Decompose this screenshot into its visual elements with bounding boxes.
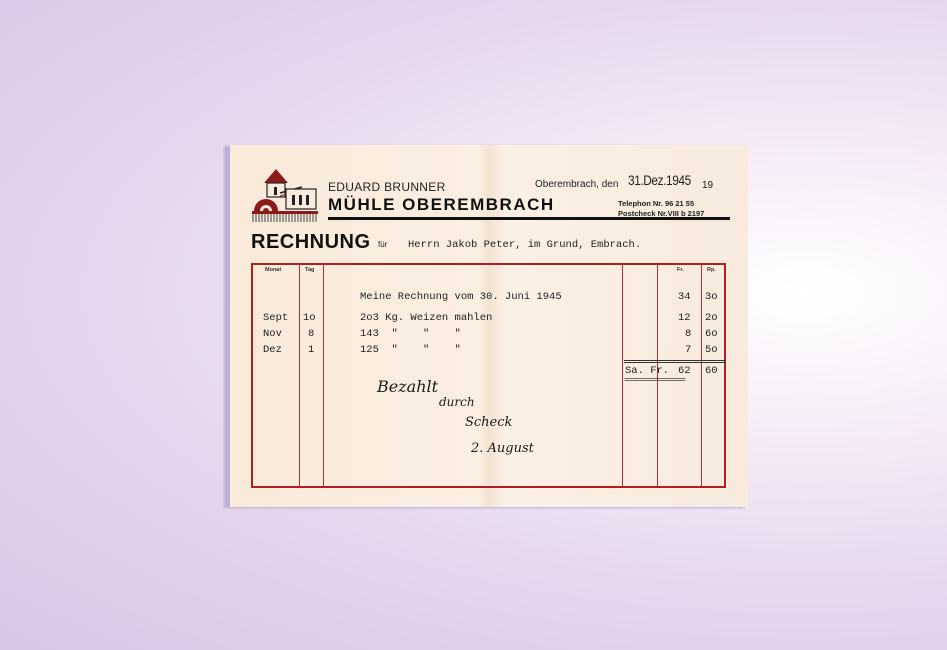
- row-fr: 12: [678, 312, 691, 324]
- header-rappen: Rp.: [707, 267, 716, 273]
- place-label: Oberembrach, den: [535, 179, 618, 190]
- recipient: Herrn Jakob Peter, im Grund, Embrach.: [408, 239, 641, 251]
- row-fr: 8: [685, 328, 691, 340]
- column-divider: [622, 265, 623, 486]
- contact-info: Telephon Nr. 96 21 55 Postcheck Nr.VIII …: [618, 199, 704, 219]
- row-description: 2o3 Kg. Weizen mahlen: [360, 312, 492, 324]
- handwritten-note: durch: [439, 395, 475, 409]
- row-rp: 3o: [705, 291, 718, 303]
- column-divider: [701, 265, 702, 486]
- handwritten-note: Bezahlt: [377, 377, 438, 396]
- total-double-underline: ================: [624, 376, 685, 385]
- row-rp: 5o: [705, 344, 718, 356]
- row-day: 1o: [303, 312, 316, 324]
- row-fr: 34: [678, 291, 691, 303]
- total-rp: 60: [705, 365, 718, 377]
- invoice-document: EDUARD BRUNNER MÜHLE OBEREMBRACH Oberemb…: [230, 145, 748, 507]
- company-name: MÜHLE OBEREMBRACH: [328, 195, 555, 215]
- row-description: Meine Rechnung vom 30. Juni 1945: [360, 291, 562, 303]
- invoice-date: 31.Dez.1945: [628, 172, 691, 188]
- row-rp: 2o: [705, 312, 718, 324]
- column-divider: [323, 265, 324, 486]
- header-month: Monat: [265, 267, 281, 273]
- invoice-table: Monat Tag Fr. Rp. Meine Rechnung vom 30.…: [251, 263, 726, 488]
- header-francs: Fr.: [677, 267, 684, 273]
- row-month: Sept: [263, 312, 288, 324]
- row-month: Dez: [263, 344, 282, 356]
- row-month: Nov: [263, 328, 282, 340]
- year-prefix: 19: [702, 180, 713, 191]
- row-description: 125 " " ": [360, 344, 461, 356]
- row-day: 1: [308, 344, 314, 356]
- row-day: 8: [308, 328, 314, 340]
- row-rp: 6o: [705, 328, 718, 340]
- total-rule: [624, 360, 726, 361]
- header-day: Tag: [305, 267, 314, 273]
- handwritten-note: 2. August: [471, 441, 534, 456]
- row-fr: 7: [685, 344, 691, 356]
- owner-name: EDUARD BRUNNER: [328, 180, 446, 194]
- invoice-title: RECHNUNG: [251, 231, 371, 254]
- total-rule: [624, 362, 726, 363]
- handwritten-note: Scheck: [465, 415, 512, 430]
- postcheck: Postcheck Nr.VIII b 2197: [618, 209, 704, 219]
- column-divider: [299, 265, 300, 486]
- mill-icon: [250, 165, 318, 223]
- telephone: Telephon Nr. 96 21 55: [618, 199, 704, 209]
- row-description: 143 " " ": [360, 328, 461, 340]
- for-label: für: [378, 240, 387, 249]
